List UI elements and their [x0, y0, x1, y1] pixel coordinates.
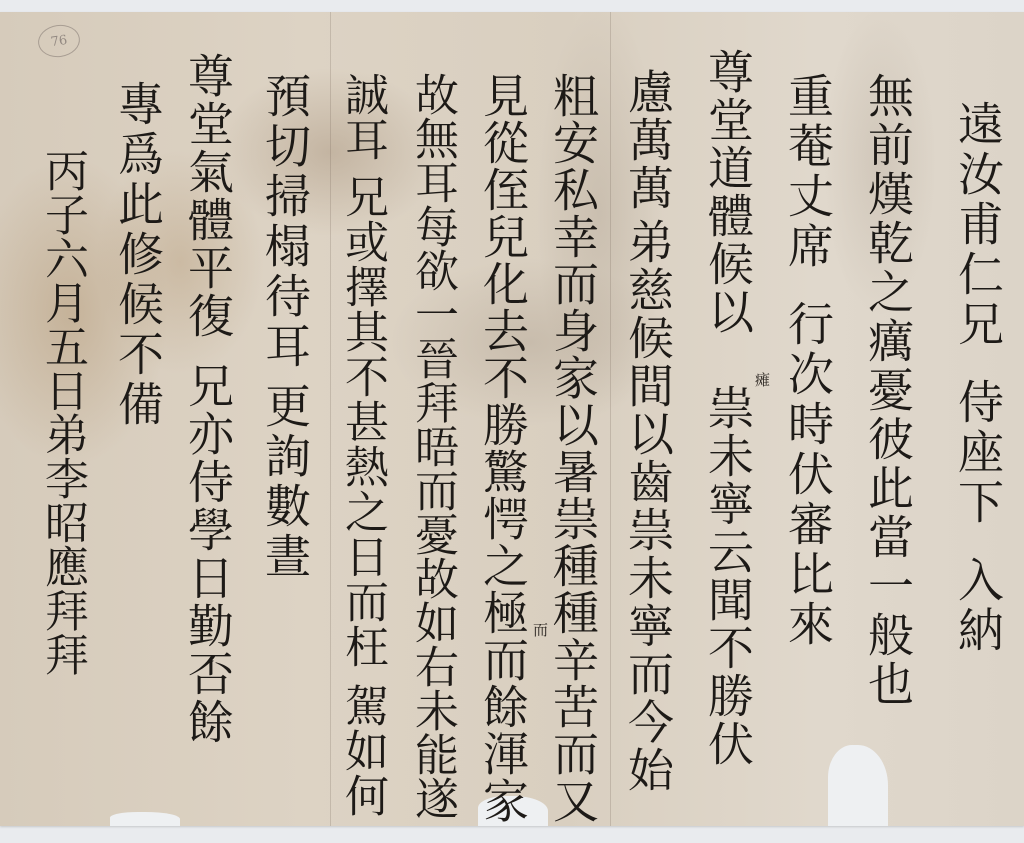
column-text: 行次時伏審比來 — [781, 300, 835, 650]
column-text: 重菴丈席 — [781, 72, 835, 272]
addressee: 遠汝甫仁兄 — [951, 100, 1005, 350]
column-text: 尊堂道體候以𤻮祟未寧云聞不勝伏 — [701, 48, 755, 768]
text-column-1: 遠汝甫仁兄侍座下入納 — [955, 100, 1001, 656]
text-column-3: 重菴丈席行次時伏審比來 — [785, 72, 831, 650]
column-text: 兄亦侍學日勤否餘 — [181, 362, 235, 746]
date-and-signature: 丙子六月五日弟李昭應拜拜 — [37, 148, 88, 676]
text-column-10: 預切掃榻待耳更詢數晝 — [262, 72, 308, 582]
column-text: 兄或擇其不甚熱之日而枉 — [337, 174, 388, 669]
column-text: 慮萬萬 — [621, 68, 675, 212]
column-text: 更詢數晝 — [258, 382, 312, 582]
column-text: 弟慈候間以齒祟未寧而今始 — [621, 218, 675, 794]
column-text: 尊堂氣體平復 — [181, 52, 235, 340]
column-text: 預切掃榻待耳 — [258, 72, 312, 372]
text-column-12: 專爲此修候不備 — [115, 80, 161, 430]
honorific: 侍座下 — [951, 378, 1005, 528]
text-column-2: 無前熯乾之癘憂彼此當一般也 — [865, 72, 911, 709]
paper-tear — [828, 745, 888, 826]
delivery-note: 入納 — [951, 556, 1005, 656]
text-column-7: 見從侄兒化去不勝驚愕之極而餘渾家 — [480, 72, 526, 824]
interlinear-note: 而 — [530, 622, 551, 637]
column-text: 無前熯乾之癘憂彼此當一般也 — [861, 72, 915, 709]
column-text: 誠耳 — [337, 72, 388, 162]
text-column-5: 慮萬萬弟慈候間以齒祟未寧而今始 — [625, 68, 671, 794]
paper-tear — [110, 812, 180, 826]
fold-line — [610, 12, 611, 826]
text-column-6: 粗安私幸而身家以暑祟種種辛苦而又 — [550, 72, 596, 824]
column-text: 駕如何 — [337, 683, 388, 818]
interlinear-note: 瘫 — [752, 372, 773, 387]
signature-date-column: 丙子六月五日弟李昭應拜拜 — [40, 148, 84, 676]
column-text: 見從侄兒化去不勝驚愕之極而餘渾家 — [476, 72, 530, 824]
text-column-11: 尊堂氣體平復兄亦侍學日勤否餘 — [185, 52, 231, 746]
text-column-9: 誠耳兄或擇其不甚熱之日而枉駕如何 — [340, 72, 384, 818]
closing-text: 專爲此修候不備 — [111, 80, 165, 430]
text-column-8: 故無耳每欲一晉拜晤而憂故如右未能遂 — [410, 72, 454, 820]
fold-line — [330, 12, 331, 826]
column-text: 粗安私幸而身家以暑祟種種辛苦而又 — [546, 72, 600, 824]
text-column-4: 尊堂道體候以𤻮祟未寧云聞不勝伏 — [705, 48, 751, 768]
column-text: 故無耳每欲一晉拜晤而憂故如右未能遂 — [407, 72, 458, 820]
